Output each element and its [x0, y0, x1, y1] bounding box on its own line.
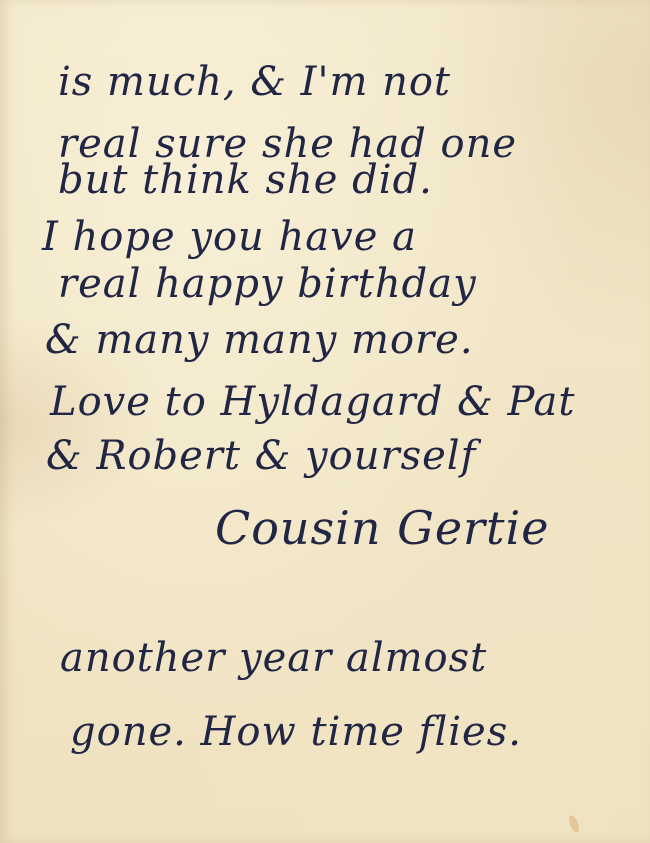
- paper-stain: [567, 814, 581, 834]
- letter-line: & Robert & yourself: [46, 436, 476, 476]
- letter-line: Love to Hyldagard & Pat: [50, 382, 575, 422]
- signature: Cousin Gertie: [215, 505, 549, 551]
- postscript-line: gone. How time flies.: [70, 712, 522, 752]
- letter-line: but think she did.: [58, 160, 433, 200]
- letter-page: is much, & I'm not real sure she had one…: [0, 0, 650, 843]
- letter-line: & many many more.: [45, 320, 474, 360]
- postscript-line: another year almost: [60, 638, 487, 678]
- letter-line: is much, & I'm not: [58, 62, 451, 102]
- letter-line: I hope you have a: [42, 217, 417, 257]
- letter-line: real happy birthday: [58, 264, 477, 304]
